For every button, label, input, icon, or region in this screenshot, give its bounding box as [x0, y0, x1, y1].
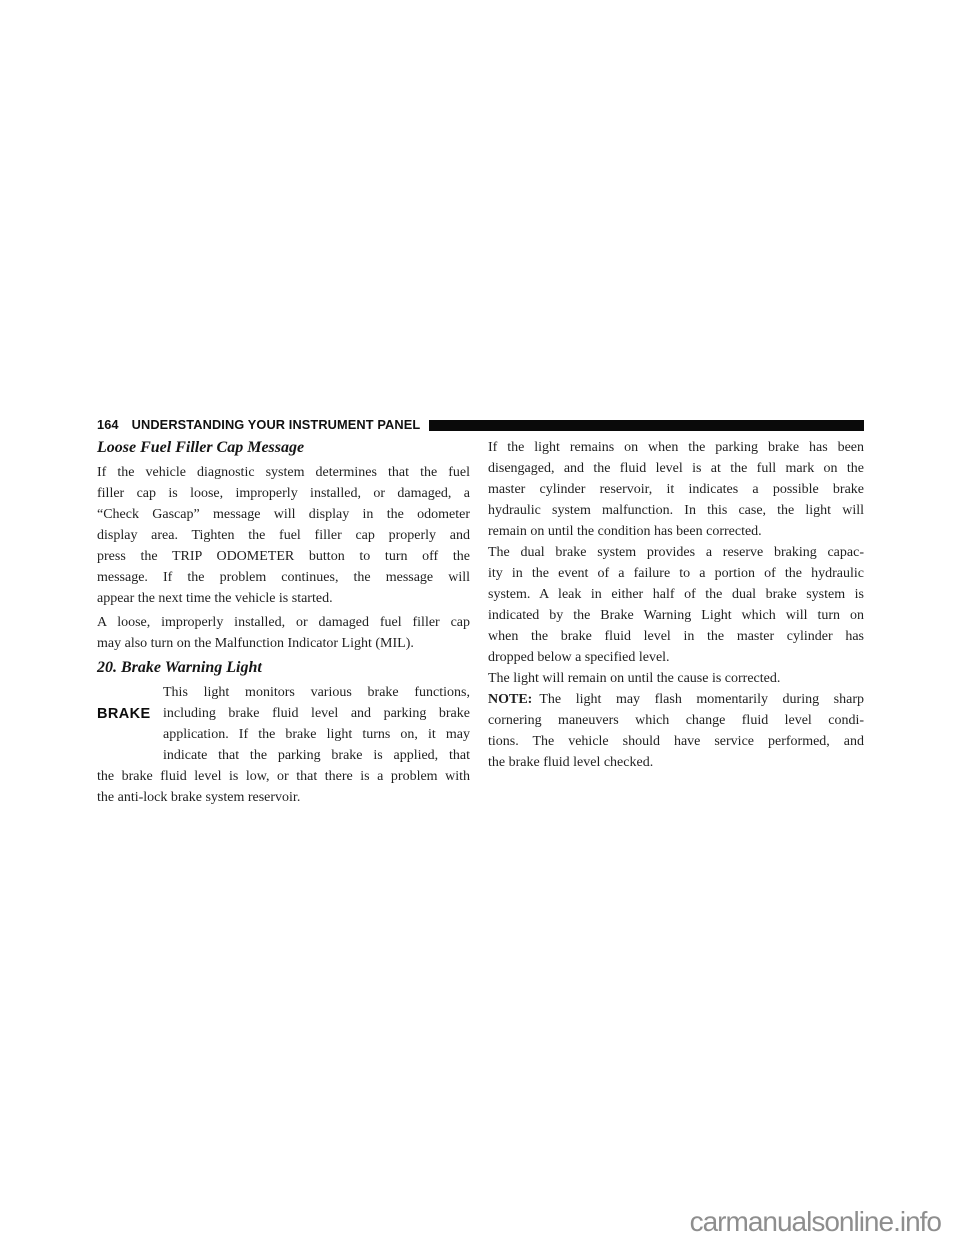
manual-page: 164 UNDERSTANDING YOUR INSTRUMENT PANEL … — [0, 0, 960, 1242]
text-line: display area. Tighten the fuel filler ca… — [97, 525, 470, 546]
text-line: If the vehicle diagnostic system determi… — [97, 462, 470, 483]
header-rule-bar — [429, 420, 864, 431]
text-line: the anti-lock brake system reservoir. — [97, 787, 470, 808]
text-line: the brake fluid level is low, or that th… — [97, 766, 470, 787]
right-column: If the light remains on when the parking… — [488, 437, 864, 808]
paragraph-light-remain-until-corrected: The light will remain on until the cause… — [488, 668, 864, 689]
paragraph-fuel-cap-message: If the vehicle diagnostic system determi… — [97, 462, 470, 609]
text-line: The dual brake system provides a reserve… — [488, 542, 864, 563]
paragraph-fuel-cap-mil: A loose, improperly installed, or damage… — [97, 612, 470, 654]
text-line: ity in the event of a failure to a porti… — [488, 563, 864, 584]
brake-indicator-label: BRAKE — [97, 706, 163, 722]
chapter-title: UNDERSTANDING YOUR INSTRUMENT PANEL — [132, 417, 421, 433]
text-line: press the TRIP ODOMETER button to turn o… — [97, 546, 470, 567]
left-column: Loose Fuel Filler Cap Message If the veh… — [97, 437, 470, 808]
text-line: filler cap is loose, improperly installe… — [97, 483, 470, 504]
running-header: 164 UNDERSTANDING YOUR INSTRUMENT PANEL — [97, 417, 864, 433]
text-line: appear the next time the vehicle is star… — [97, 588, 470, 609]
text-line: may also turn on the Malfunction Indicat… — [97, 633, 470, 654]
text-line: message. If the problem continues, the m… — [97, 567, 470, 588]
brake-indicator-badge: BRAKE — [97, 682, 163, 766]
page-number: 164 — [97, 417, 119, 433]
page-content: 164 UNDERSTANDING YOUR INSTRUMENT PANEL … — [97, 417, 864, 808]
paragraph-light-remains-on: If the light remains on when the parking… — [488, 437, 864, 542]
paragraph-brake-warning: BRAKE This light monitors various brake … — [97, 682, 470, 808]
text-line: when the brake fluid level in the master… — [488, 626, 864, 647]
section-heading-brake-warning-light: 20. Brake Warning Light — [97, 657, 470, 679]
text-line: hydraulic system malfunction. In this ca… — [488, 500, 864, 521]
text-line: dropped below a specified level. — [488, 647, 864, 668]
text-line: cornering maneuvers which change fluid l… — [488, 710, 864, 731]
paragraph-dual-brake-system: The dual brake system provides a reserve… — [488, 542, 864, 668]
site-watermark: carmanualsonline.info — [690, 1206, 941, 1238]
two-column-layout: Loose Fuel Filler Cap Message If the veh… — [97, 437, 864, 808]
brake-paragraph-full-lines: the brake fluid level is low, or that th… — [97, 766, 470, 808]
text-line: remain on until the condition has been c… — [488, 521, 864, 542]
text-line: tions. The vehicle should have service p… — [488, 731, 864, 752]
section-heading-loose-fuel-filler-cap: Loose Fuel Filler Cap Message — [97, 437, 470, 459]
text-line: system. A leak in either half of the dua… — [488, 584, 864, 605]
text-line: indicated by the Brake Warning Light whi… — [488, 605, 864, 626]
note-first-line-text: The light may flash momentarily during s… — [539, 692, 864, 707]
note-paragraph: NOTE:The light may flash momentarily dur… — [488, 689, 864, 773]
text-line: “Check Gascap” message will display in t… — [97, 504, 470, 525]
text-line: The light will remain on until the cause… — [488, 668, 864, 689]
text-line: the brake fluid level checked. — [488, 752, 864, 773]
note-label: NOTE: — [488, 692, 532, 707]
text-line: A loose, improperly installed, or damage… — [97, 612, 470, 633]
text-line: disengaged, and the fluid level is at th… — [488, 458, 864, 479]
text-line: master cylinder reservoir, it indicates … — [488, 479, 864, 500]
text-line: If the light remains on when the parking… — [488, 437, 864, 458]
note-first-line: NOTE:The light may flash momentarily dur… — [488, 689, 864, 710]
